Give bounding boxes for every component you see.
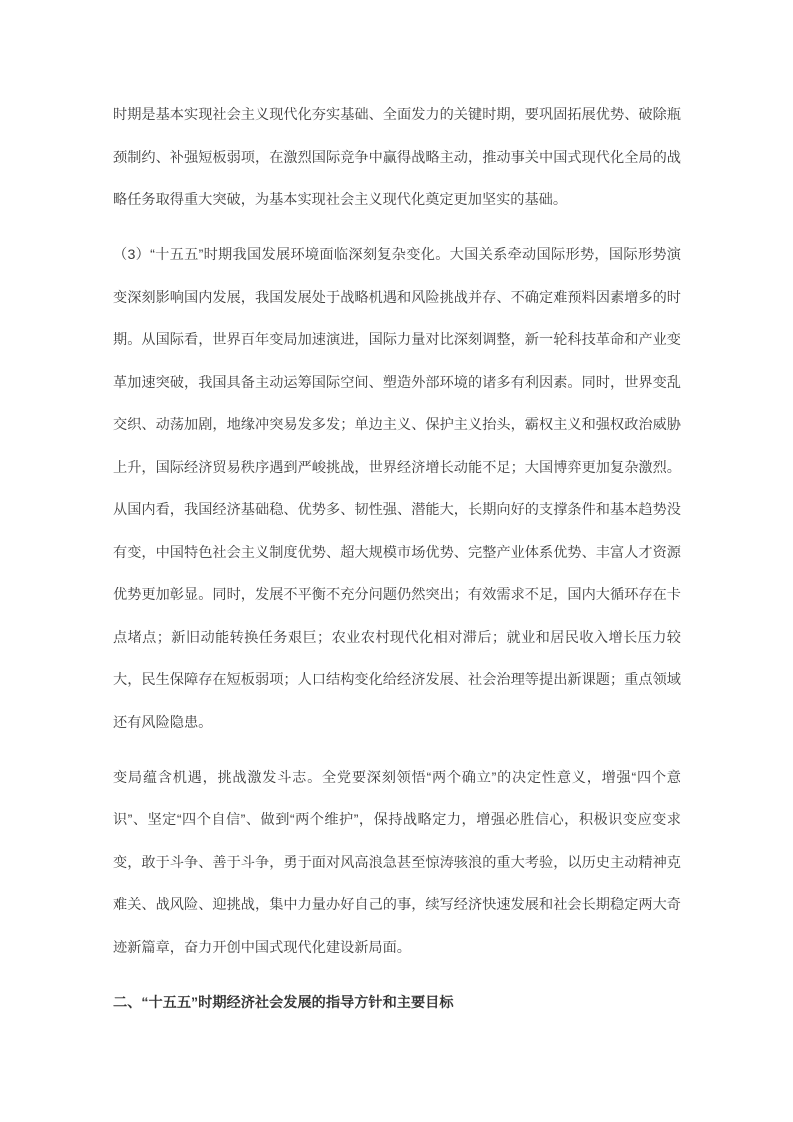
document-content: 时期是基本实现社会主义现代化夯实基础、全面发力的关键时期，要巩固拓展优势、破除瓶… — [0, 0, 793, 1024]
document-page: 时期是基本实现社会主义现代化夯实基础、全面发力的关键时期，要巩固拓展优势、破除瓶… — [0, 0, 793, 1122]
body-paragraph: 变局蕴含机遇，挑战激发斗志。全党要深刻领悟“两个确立”的决定性意义，增强“四个意… — [113, 757, 681, 970]
body-paragraph: （3）“十五五”时期我国发展环境面临深刻复杂变化。大国关系牵动国际形势，国际形势… — [113, 234, 681, 744]
body-paragraph: 时期是基本实现社会主义现代化夯实基础、全面发力的关键时期，要巩固拓展优势、破除瓶… — [113, 94, 681, 222]
section-heading: 二、“十五五”时期经济社会发展的指导方针和主要目标 — [113, 982, 681, 1025]
